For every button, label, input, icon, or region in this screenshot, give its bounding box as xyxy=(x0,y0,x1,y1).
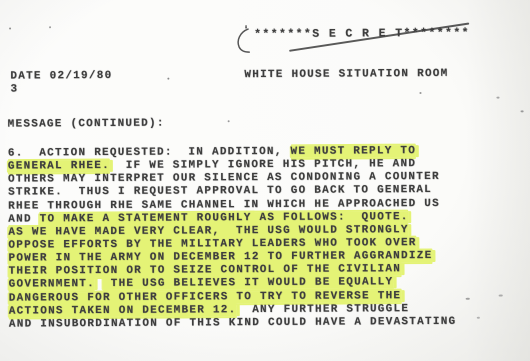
pen-mark-icon xyxy=(235,26,251,54)
highlighted-text: AS WE HAVE MADE VERY CLEAR, THE USG WOUL… xyxy=(8,224,408,238)
date-label: DATE 02/19/80 xyxy=(10,70,112,83)
situation-room-title: WHITE HOUSE SITUATION ROOM xyxy=(244,68,448,81)
message-continued-label: MESSAGE (CONTINUED): xyxy=(8,118,165,131)
text-segment: STRIKE. THUS I REQUEST APPROVAL TO GO BA… xyxy=(8,184,432,199)
text-segment: IF WE SIMPLY IGNORE HIS PITCH, HE AND xyxy=(110,158,416,172)
scan-artifacts xyxy=(0,0,529,2)
highlighted-text: OPPOSE EFFORTS BY THE MILITARY LEADERS W… xyxy=(8,237,416,251)
text-segment: ANY FURTHER STRUGGLE xyxy=(236,303,409,316)
text-segment: AND INSUBORDINATION OF THIS KIND COULD H… xyxy=(9,316,457,331)
scanned-memo-page: *******S E C R E T******** DATE 02/19/80… xyxy=(0,0,530,361)
text-segment: 6. ACTION REQUESTED: IN ADDITION, xyxy=(8,146,291,160)
text-segment: RHEE THROUGH RHE SAME CHANNEL IN WHICH H… xyxy=(8,197,440,212)
highlighted-text: THE USG BELIEVES IT WOULD BE EQUALLY xyxy=(103,277,394,291)
highlighted-text: GOVERNMENT. xyxy=(9,278,95,291)
highlighted-text: GENERAL RHEE. xyxy=(8,160,110,173)
document-line: AND INSUBORDINATION OF THIS KIND COULD H… xyxy=(9,315,509,331)
highlighted-text: WE MUST REPLY TO xyxy=(290,145,416,158)
page-number: 3 xyxy=(10,84,18,96)
highlighted-text: DANGEROUS FOR OTHER OFFICERS TO TRY TO R… xyxy=(9,290,402,304)
highlighted-text: ACTIONS TAKEN ON DECEMBER 12. xyxy=(9,304,237,317)
message-body: 6. ACTION REQUESTED: IN ADDITION, WE MUS… xyxy=(8,145,509,332)
highlighted-text: TO MAKE A STATEMENT ROUGHLY AS FOLLOWS: … xyxy=(40,211,409,225)
memo-content: *******S E C R E T******** DATE 02/19/80… xyxy=(0,0,530,361)
text-segment: AND xyxy=(8,213,39,225)
